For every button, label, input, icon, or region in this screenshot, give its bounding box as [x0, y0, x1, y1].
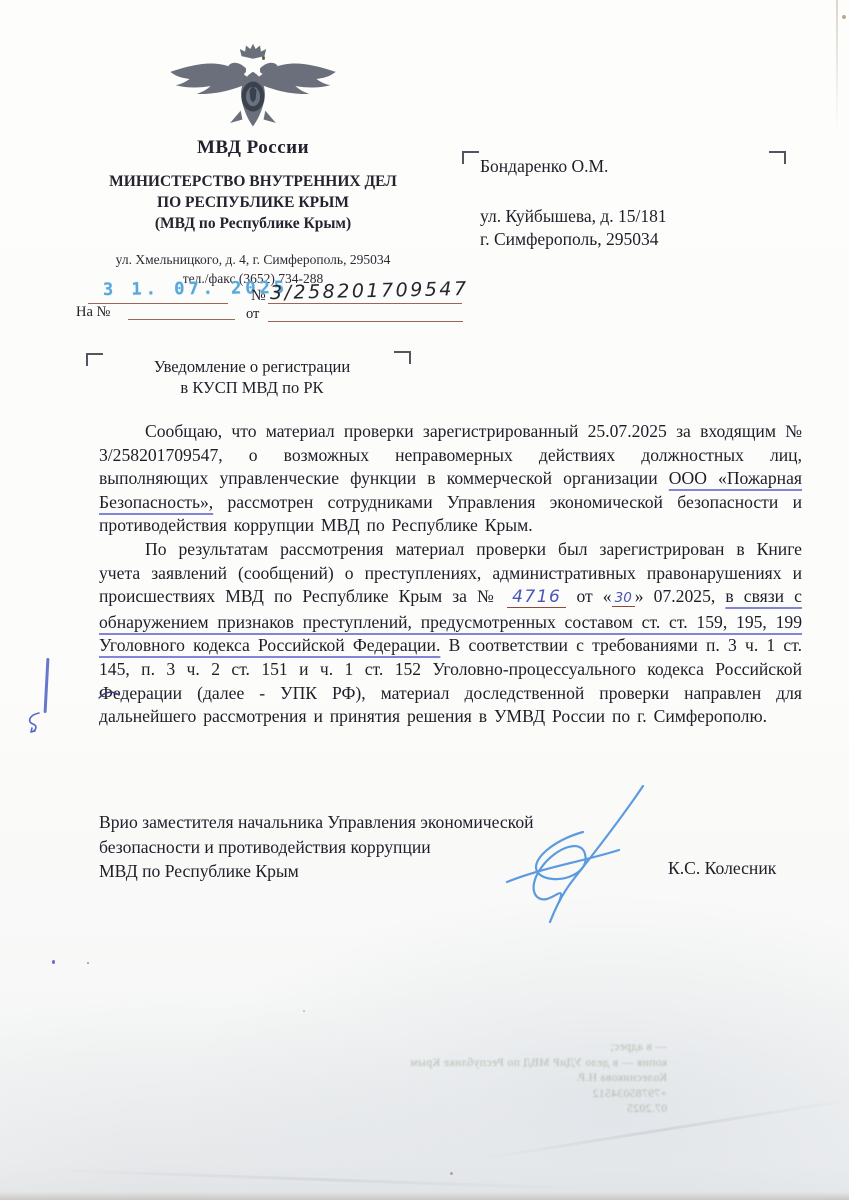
paper-speck: [450, 1172, 453, 1175]
body-paragraph: По результатам рассмотрения материал про…: [99, 538, 802, 729]
ministry-name: МИНИСТЕРСТВО ВНУТРЕННИХ ДЕЛ ПО РЕСПУБЛИК…: [83, 171, 423, 234]
signer-name: К.С. Колесник: [668, 858, 776, 879]
from-date-label: от: [246, 306, 259, 323]
ruled-line: [128, 319, 235, 320]
paper-speck: [842, 15, 846, 19]
recipient-address-line: г. Симферополь, 295034: [480, 228, 780, 251]
org-short-name: МВД России: [83, 137, 423, 159]
scanned-letter-page: МВД России МИНИСТЕРСТВО ВНУТРЕННИХ ДЕЛ П…: [0, 0, 849, 1200]
letter-body: Сообщаю, что материал проверки зарегистр…: [99, 420, 802, 729]
paper-speck: [303, 1010, 305, 1012]
mvd-emblem-icon: [163, 42, 343, 135]
ruled-line: [268, 303, 462, 304]
subject-line: в КУСП МВД по РК: [96, 377, 408, 398]
org-address-line: ул. Хмельницкого, д. 4, г. Симферополь, …: [83, 250, 423, 269]
body-text: » 07.2025,: [635, 586, 726, 606]
margin-squiggle-mark: [24, 710, 44, 741]
handwritten-signature: [495, 770, 665, 933]
recipient-block: Бондаренко О.М. ул. Куйбышева, д. 15/181…: [480, 156, 780, 251]
number-label: №: [251, 287, 266, 305]
outgoing-number-handwritten: 3/258201709547: [270, 278, 470, 304]
bleed-through-line: 07.2025: [332, 1102, 667, 1118]
incoming-number-label: На №: [76, 304, 110, 321]
paper-speck: [52, 960, 55, 964]
paper-crease: [40, 1168, 600, 1191]
paper-edge-shadow: [0, 1192, 849, 1200]
bleed-through-line: Колесникова Н.Р.: [332, 1071, 667, 1087]
body-paragraph: Сообщаю, что материал проверки зарегистр…: [99, 420, 802, 538]
bleed-through-text: — в адрес;копия — в дело УДиР МВД по Рес…: [332, 1040, 667, 1118]
body-text-handwritten: 4716: [507, 587, 566, 608]
ruled-line: [268, 321, 463, 322]
body-text: от «: [566, 586, 611, 606]
subject-title: Уведомление о регистрации в КУСП МВД по …: [96, 356, 408, 398]
bleed-through-line: копия — в дело УДиР МВД по Республике Кр…: [332, 1056, 667, 1072]
paper-crease: [836, 0, 838, 130]
ministry-line: МИНИСТЕРСТВО ВНУТРЕННИХ ДЕЛ: [83, 171, 423, 192]
bleed-through-line: — в адрес;: [332, 1040, 667, 1056]
corner-bracket: [462, 151, 479, 164]
letterhead: МВД России МИНИСТЕРСТВО ВНУТРЕННИХ ДЕЛ П…: [83, 42, 423, 288]
body-text-handwritten-small: 30: [612, 590, 635, 607]
pen-arc-mark: [97, 687, 121, 705]
ministry-line: ПО РЕСПУБЛИКЕ КРЫМ: [83, 192, 423, 213]
margin-pen-mark: [44, 658, 49, 713]
ministry-line: (МВД по Республике Крым): [83, 213, 423, 234]
subject-line: Уведомление о регистрации: [96, 356, 408, 377]
paper-speck: [87, 962, 89, 964]
bleed-through-line: +79785034512: [332, 1087, 667, 1103]
recipient-name: Бондаренко О.М.: [480, 156, 780, 177]
recipient-address-line: ул. Куйбышева, д. 15/181: [480, 205, 780, 228]
